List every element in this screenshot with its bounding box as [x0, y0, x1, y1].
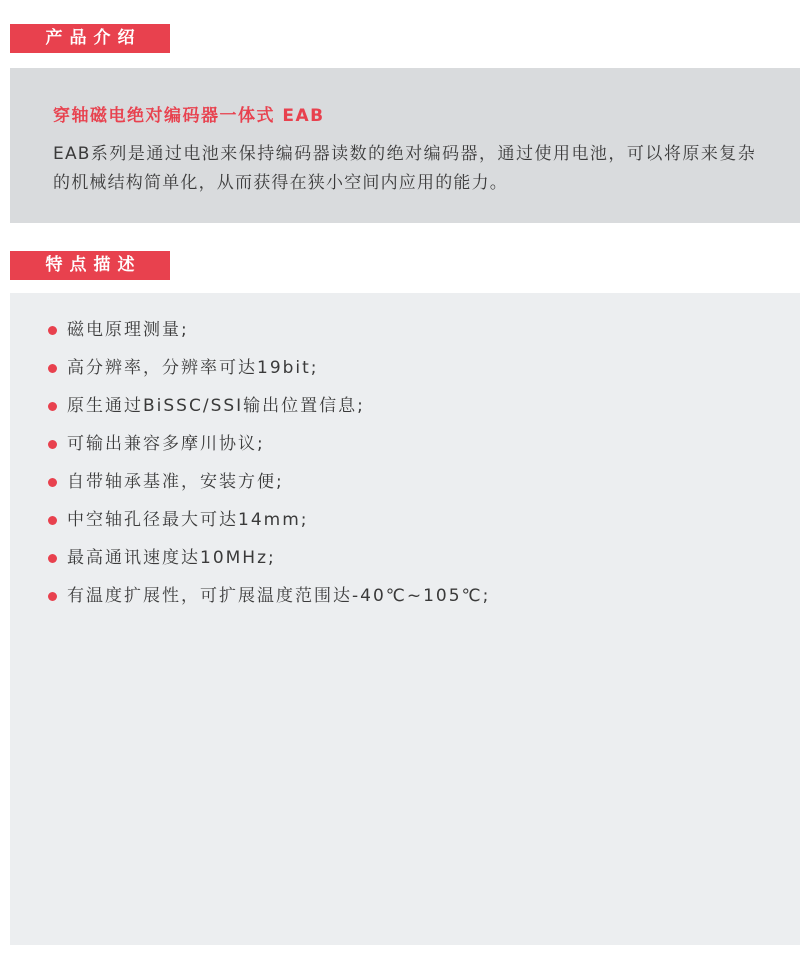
list-item: 最高通讯速度达10MHz; [48, 546, 760, 570]
feature-text: 中空轴孔径最大可达14mm; [67, 508, 308, 532]
section-badge-features: 特点描述 [10, 251, 170, 280]
feature-text: 有温度扩展性，可扩展温度范围达-40℃~105℃; [67, 584, 490, 608]
bullet-icon [48, 592, 57, 601]
product-page: 产品介绍 穿轴磁电绝对编码器一体式 EAB EAB系列是通过电池来保持编码器读数… [0, 0, 810, 953]
feature-text: 自带轴承基准，安装方便; [67, 470, 284, 494]
list-item: 可输出兼容多摩川协议; [48, 432, 760, 456]
feature-text: 高分辨率，分辨率可达19bit; [67, 356, 319, 380]
list-item: 自带轴承基准，安装方便; [48, 470, 760, 494]
features-panel: 磁电原理测量; 高分辨率，分辨率可达19bit; 原生通过BiSSC/SSI输出… [10, 293, 800, 945]
bullet-icon [48, 516, 57, 525]
product-description: EAB系列是通过电池来保持编码器读数的绝对编码器，通过使用电池，可以将原来复杂的… [53, 140, 756, 198]
bullet-icon [48, 440, 57, 449]
list-item: 高分辨率，分辨率可达19bit; [48, 356, 760, 380]
bullet-icon [48, 478, 57, 487]
bullet-icon [48, 402, 57, 411]
list-item: 磁电原理测量; [48, 318, 760, 342]
product-intro-panel: 穿轴磁电绝对编码器一体式 EAB EAB系列是通过电池来保持编码器读数的绝对编码… [10, 68, 800, 223]
feature-text: 原生通过BiSSC/SSI输出位置信息; [67, 394, 365, 418]
list-item: 原生通过BiSSC/SSI输出位置信息; [48, 394, 760, 418]
list-item: 有温度扩展性，可扩展温度范围达-40℃~105℃; [48, 584, 760, 608]
bullet-icon [48, 554, 57, 563]
feature-list: 磁电原理测量; 高分辨率，分辨率可达19bit; 原生通过BiSSC/SSI输出… [48, 318, 760, 608]
list-item: 中空轴孔径最大可达14mm; [48, 508, 760, 532]
bullet-icon [48, 326, 57, 335]
feature-text: 磁电原理测量; [67, 318, 189, 342]
bullet-icon [48, 364, 57, 373]
feature-text: 可输出兼容多摩川协议; [67, 432, 265, 456]
feature-text: 最高通讯速度达10MHz; [67, 546, 276, 570]
product-title: 穿轴磁电绝对编码器一体式 EAB [53, 101, 756, 126]
section-badge-product-intro: 产品介绍 [10, 24, 170, 53]
